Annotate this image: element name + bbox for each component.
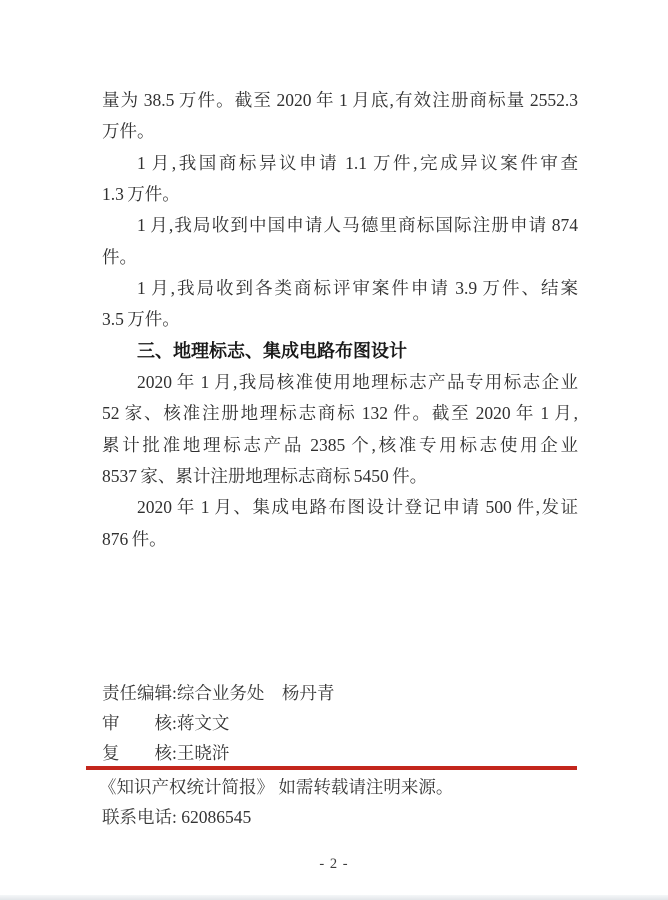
colophon-value: 综合业务处 杨丹青 xyxy=(177,683,335,703)
body-line: 52 家、核准注册地理标志商标 132 件。截至 2020 年 1 月, xyxy=(102,398,578,429)
colophon-label: 复 核: xyxy=(102,743,177,763)
colophon-row-editor: 责任编辑:综合业务处 杨丹青 xyxy=(102,678,334,708)
body-line: 万件。 xyxy=(102,116,578,147)
colophon-value: 王晓浒 xyxy=(177,743,230,763)
colophon-label: 责任编辑: xyxy=(102,683,177,703)
body-line: 3.5 万件。 xyxy=(102,304,578,335)
contact-label: 联系电话: xyxy=(102,807,177,827)
colophon: 责任编辑:综合业务处 杨丹青 审 核:蒋文文 复 核:王晓浒 xyxy=(102,678,334,768)
body-line: 1 月,我国商标异议申请 1.1 万件,完成异议案件审查 xyxy=(102,148,578,179)
body-line: 2020 年 1 月、集成电路布图设计登记申请 500 件,发证 xyxy=(102,492,578,523)
document-body: 量为 38.5 万件。截至 2020 年 1 月底,有效注册商标量 2552.3… xyxy=(102,85,578,555)
colophon-label: 审 核: xyxy=(102,713,177,733)
contact-line: 联系电话: 62086545 xyxy=(102,802,251,832)
page-number: - 2 - xyxy=(0,856,668,873)
body-line: 2020 年 1 月,我局核准使用地理标志产品专用标志企业 xyxy=(102,367,578,398)
body-line: 量为 38.5 万件。截至 2020 年 1 月底,有效注册商标量 2552.3 xyxy=(102,85,578,116)
body-line: 1 月,我局收到各类商标评审案件申请 3.9 万件、结案 xyxy=(102,273,578,304)
colophon-value: 蒋文文 xyxy=(177,713,230,733)
body-line: 876 件。 xyxy=(102,524,578,555)
body-line: 8537 家、累计注册地理标志商标 5450 件。 xyxy=(102,461,578,492)
body-line: 1 月,我局收到中国申请人马德里商标国际注册申请 874 xyxy=(102,210,578,241)
section-heading: 三、地理标志、集成电路布图设计 xyxy=(102,336,578,367)
scan-edge-artifact xyxy=(0,895,668,900)
body-line: 1.3 万件。 xyxy=(102,179,578,210)
colophon-row-reviewer: 审 核:蒋文文 xyxy=(102,708,334,738)
document-page: 量为 38.5 万件。截至 2020 年 1 月底,有效注册商标量 2552.3… xyxy=(0,0,668,900)
contact-number: 62086545 xyxy=(181,807,251,827)
red-divider-rule xyxy=(86,766,577,770)
body-line: 累计批准地理标志产品 2385 个,核准专用标志使用企业 xyxy=(102,430,578,461)
colophon-row-verifier: 复 核:王晓浒 xyxy=(102,738,334,768)
reprint-notice: 《知识产权统计简报》 如需转载请注明来源。 xyxy=(99,772,453,802)
body-line: 件。 xyxy=(102,242,578,273)
